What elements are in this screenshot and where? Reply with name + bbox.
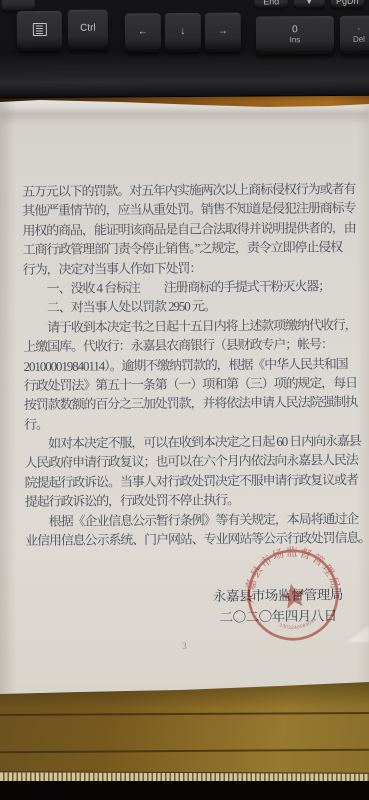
ins-label: Ins	[290, 35, 301, 44]
paper-curl-shadow	[0, 111, 369, 125]
end-key-label: End	[263, 0, 279, 6]
numpad-0-label: 0	[292, 24, 298, 35]
keyboard: End ▼ PgDn Ctrl ← ↓ → 0 Ins · Del	[0, 0, 369, 97]
down-triangle-icon: ▼	[305, 0, 314, 6]
end-key: End	[255, 0, 288, 8]
document-text-line: 一、没收 4 台标注 注册商标的手提式干粉灭火器；	[23, 276, 353, 298]
context-menu-icon	[32, 23, 46, 36]
ctrl-key-label: Ctrl	[80, 23, 96, 34]
numpad-dot-key: · Del	[340, 16, 369, 51]
arrow-left-key: ←	[125, 13, 161, 49]
bottom-dark-edge	[0, 781, 369, 800]
context-menu-key	[17, 11, 62, 48]
pgdn-key: PgDn	[331, 0, 364, 7]
desk-lower-area	[0, 676, 369, 800]
arrow-left-icon: ←	[138, 26, 148, 37]
seal-code-text: 3303240084018	[278, 616, 319, 633]
document-text-line: 按罚款数额的百分之三加处罚款，并将依法申请人民法院强制执	[24, 392, 354, 414]
arrow-right-key: →	[205, 13, 241, 49]
document-text-line: 工商行政管理部门责令停止销售。”之规定，责令立即停止侵权	[23, 237, 353, 259]
official-seal: 永嘉县市场监督管理局 3303240084018	[234, 536, 352, 654]
arrow-down-icon: ↓	[180, 26, 185, 37]
pgdn-key-label: PgDn	[336, 0, 359, 5]
arrow-right-icon: →	[218, 25, 228, 36]
numpad-0-key: 0 Ins	[256, 16, 334, 52]
partial-key	[2, 0, 35, 10]
document-page: 五万元以下的罚款。对五年内实施两次以上商标侵权行为或者有其他严重情节的，应当从重…	[0, 98, 369, 700]
document-text-line: 人民政府申请行政复议；也可以在六个月内依法向永嘉县人民法	[24, 451, 354, 473]
photo-scene: End ▼ PgDn Ctrl ← ↓ → 0 Ins · Del	[0, 0, 369, 800]
svg-text:3303240084018: 3303240084018	[278, 616, 319, 633]
document-text-line: 其他严重情节的，应当从重处罚。销售不知道是侵犯注册商标专	[22, 199, 352, 221]
del-label: Del	[353, 34, 365, 43]
ctrl-key: Ctrl	[68, 10, 108, 47]
arrow-down-key: ↓	[165, 13, 201, 49]
keyboard-front-bezel	[0, 59, 369, 99]
numpad-dot-label: ·	[357, 23, 360, 34]
seal-star-icon	[278, 581, 308, 610]
document-body: 五万元以下的罚款。对五年内实施两次以上商标侵权行为或者有其他严重情节的，应当从重…	[22, 179, 355, 550]
official-seal-graphic: 永嘉县市场监督管理局 3303240084018	[234, 536, 352, 654]
page-number: 3	[182, 641, 187, 651]
document-text-line: 上缴国库。代收行：永嘉县农商银行（县财政专户；帐号：	[23, 334, 353, 356]
document-text-line: 院提起行政诉讼。当事人对行政处罚决定不服申请行政复议或者	[25, 470, 355, 492]
arrow-down-partial-key: ▼	[294, 0, 325, 7]
